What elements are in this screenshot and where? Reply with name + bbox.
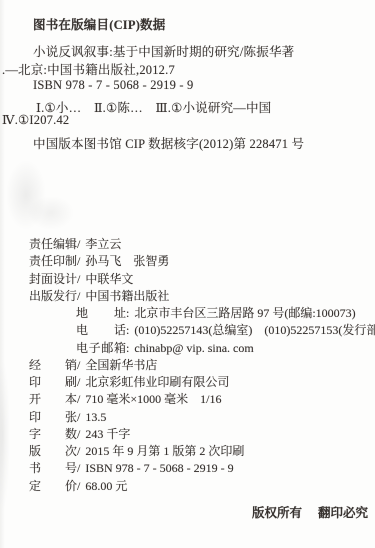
colophon-value: 北京彩虹伟业印刷有限公司 (85, 375, 229, 389)
colophon-row: 电子邮箱:chinabp@ vip. sina. com (76, 340, 375, 357)
colophon-row: 出版发行/中国书籍出版社 (29, 288, 375, 305)
cip-publisher-line: .—北京:中国书籍出版社,2012.7 (2, 60, 175, 78)
colophon-separator: / (77, 479, 80, 493)
colophon-separator: / (77, 358, 80, 372)
scan-gutter-shadow (0, 0, 5, 548)
colophon-row: 封面设计/中联华文 (29, 271, 375, 288)
colophon-label: 封面设计 (29, 271, 77, 288)
colophon-separator: / (77, 254, 80, 268)
colophon-block: 责任编辑/李立云 责任印制/孙马飞 张智勇 封面设计/中联华文 出版发行/中国书… (29, 236, 375, 495)
colophon-separator: : (126, 323, 129, 337)
colophon-label: 印张 (29, 409, 77, 426)
cip-isbn-line: ISBN 978 - 7 - 5068 - 2919 - 9 (33, 78, 194, 93)
colophon-row: 定价/68.00 元 (29, 478, 375, 495)
copyright-notice: 版权所有 翻印必究 (252, 503, 368, 521)
colophon-separator: / (77, 237, 80, 251)
colophon-label: 版次 (29, 443, 77, 460)
colophon-row: 地址:北京市丰台区三路居路 97 号(邮编:100073) (76, 305, 375, 322)
colophon-value: 中联华文 (85, 272, 133, 286)
colophon-row: 印张/13.5 (29, 409, 375, 426)
colophon-value: chinabp@ vip. sina. com (134, 341, 253, 355)
colophon-separator: / (77, 272, 80, 286)
colophon-label: 责任印制 (29, 253, 77, 270)
colophon-label: 地址 (76, 305, 126, 322)
colophon-row: 电话:(010)52257143(总编室) (010)52257153(发行部) (76, 322, 375, 339)
colophon-value: ISBN 978 - 7 - 5068 - 2919 - 9 (85, 461, 233, 475)
copyright-notice-right: 翻印必究 (318, 503, 368, 521)
colophon-separator: / (77, 410, 80, 424)
colophon-separator: / (77, 289, 80, 303)
colophon-separator: : (126, 306, 129, 320)
colophon-value: 243 千字 (85, 427, 130, 441)
colophon-value: 68.00 元 (85, 479, 127, 493)
colophon-value: 中国书籍出版社 (85, 289, 169, 303)
colophon-label: 责任编辑 (29, 236, 77, 253)
colophon-row: 书号/ISBN 978 - 7 - 5068 - 2919 - 9 (29, 460, 375, 477)
cip-registry-line: 中国版本图书馆 CIP 数据核字(2012)第 228471 号 (33, 134, 304, 152)
cip-classification-line: Ⅰ.①小… Ⅱ.①陈… Ⅲ.①小说研究—中国 (36, 98, 271, 116)
colophon-row: 责任编辑/李立云 (29, 236, 375, 253)
colophon-value: 全国新华书店 (85, 358, 157, 372)
colophon-separator: / (77, 392, 80, 406)
colophon-label: 出版发行 (29, 288, 77, 305)
colophon-label: 电话 (76, 322, 126, 339)
colophon-value: 北京市丰台区三路居路 97 号(邮编:100073) (134, 306, 355, 320)
colophon-row: 经销/全国新华书店 (29, 357, 375, 374)
colophon-value: 13.5 (85, 410, 106, 424)
colophon-value: 2015 年 9 月第 1 版第 2 次印刷 (85, 444, 244, 458)
colophon-value: 李立云 (85, 237, 121, 251)
colophon-label: 定价 (29, 478, 77, 495)
colophon-label: 开本 (29, 391, 77, 408)
colophon-row: 开本/710 毫米×1000 毫米 1/16 (29, 391, 375, 408)
colophon-separator: / (77, 427, 80, 441)
colophon-row: 印刷/北京彩虹伟业印刷有限公司 (29, 374, 375, 391)
scan-smudge (28, 196, 74, 230)
scan-smudge (0, 360, 10, 510)
colophon-row: 字数/243 千字 (29, 426, 375, 443)
cip-heading: 图书在版编目(CIP)数据 (33, 15, 165, 33)
cip-title-line: 小说反讽叙事:基于中国新时期的研究/陈振华著 (33, 42, 294, 60)
book-copyright-page: 图书在版编目(CIP)数据 小说反讽叙事:基于中国新时期的研究/陈振华著 .—北… (0, 0, 375, 548)
colophon-separator: / (77, 444, 80, 458)
colophon-label: 书号 (29, 460, 77, 477)
colophon-row: 版次/2015 年 9 月第 1 版第 2 次印刷 (29, 443, 375, 460)
colophon-separator: / (77, 375, 80, 389)
colophon-label: 经销 (29, 357, 77, 374)
colophon-label: 电子邮箱 (76, 340, 126, 357)
colophon-label: 印刷 (29, 374, 77, 391)
colophon-value: 孙马飞 张智勇 (85, 254, 169, 268)
colophon-value: 710 毫米×1000 毫米 1/16 (85, 392, 221, 406)
colophon-value: (010)52257143(总编室) (010)52257153(发行部) (134, 323, 375, 337)
scan-smudge (6, 160, 46, 230)
cip-classification-number: Ⅳ.①I207.42 (2, 112, 69, 128)
colophon-label: 字数 (29, 426, 77, 443)
colophon-separator: / (77, 461, 80, 475)
colophon-row: 责任印制/孙马飞 张智勇 (29, 253, 375, 270)
colophon-separator: : (126, 341, 129, 355)
copyright-notice-left: 版权所有 (252, 503, 302, 521)
